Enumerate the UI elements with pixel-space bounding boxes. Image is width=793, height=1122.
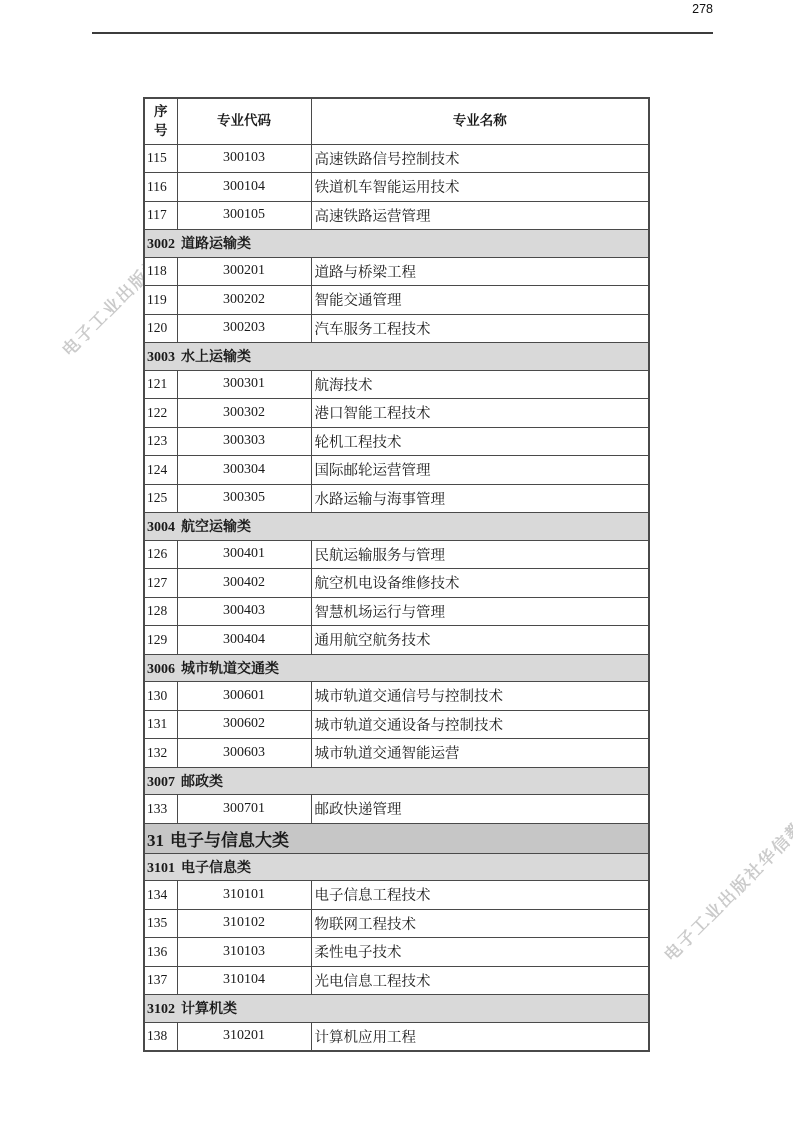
table-row: 135310102物联网工程技术 xyxy=(144,909,649,938)
table-row: 118300201道路与桥梁工程 xyxy=(144,257,649,286)
section-code: 3004 xyxy=(147,520,175,535)
name-cell: 轮机工程技术 xyxy=(311,427,649,456)
section-label: 航空运输类 xyxy=(181,520,251,535)
code-cell: 300203 xyxy=(177,314,311,343)
name-cell: 高速铁路运营管理 xyxy=(311,201,649,230)
name-cell: 光电信息工程技术 xyxy=(311,966,649,995)
code-cell: 300603 xyxy=(177,739,311,768)
section-row: 3002道路运输类 xyxy=(144,230,649,258)
section-label: 道路运输类 xyxy=(181,237,251,252)
majors-table: 序号 专业代码 专业名称 115300103高速铁路信号控制技术11630010… xyxy=(143,97,650,1052)
name-cell: 智慧机场运行与管理 xyxy=(311,597,649,626)
name-cell: 铁道机车智能运用技术 xyxy=(311,173,649,202)
header-rule xyxy=(92,32,713,34)
serial-cell: 119 xyxy=(144,286,177,315)
table-row: 138310201计算机应用工程 xyxy=(144,1022,649,1051)
name-cell: 水路运输与海事管理 xyxy=(311,484,649,513)
section-code: 31 xyxy=(147,831,164,850)
page-number: 278 xyxy=(692,2,713,16)
section-row: 3003水上运输类 xyxy=(144,343,649,371)
table-row: 117300105高速铁路运营管理 xyxy=(144,201,649,230)
name-cell: 城市轨道交通设备与控制技术 xyxy=(311,710,649,739)
code-cell: 300305 xyxy=(177,484,311,513)
serial-cell: 131 xyxy=(144,710,177,739)
table-row: 123300303轮机工程技术 xyxy=(144,427,649,456)
code-cell: 300403 xyxy=(177,597,311,626)
code-cell: 300105 xyxy=(177,201,311,230)
code-cell: 300304 xyxy=(177,456,311,485)
serial-cell: 135 xyxy=(144,909,177,938)
section-code: 3102 xyxy=(147,1002,175,1017)
table-row: 132300603城市轨道交通智能运营 xyxy=(144,739,649,768)
name-cell: 物联网工程技术 xyxy=(311,909,649,938)
name-cell: 航空机电设备维修技术 xyxy=(311,569,649,598)
code-cell: 300103 xyxy=(177,144,311,173)
code-cell: 300404 xyxy=(177,626,311,655)
major-section-row: 31电子与信息大类 xyxy=(144,823,649,853)
table-row: 136310103柔性电子技术 xyxy=(144,938,649,967)
name-cell: 邮政快递管理 xyxy=(311,795,649,824)
code-cell: 300303 xyxy=(177,427,311,456)
code-cell: 300302 xyxy=(177,399,311,428)
serial-cell: 123 xyxy=(144,427,177,456)
name-cell: 计算机应用工程 xyxy=(311,1022,649,1051)
table-row: 126300401民航运输服务与管理 xyxy=(144,540,649,569)
serial-cell: 133 xyxy=(144,795,177,824)
table-row: 116300104铁道机车智能运用技术 xyxy=(144,173,649,202)
serial-cell: 117 xyxy=(144,201,177,230)
code-cell: 310103 xyxy=(177,938,311,967)
serial-cell: 132 xyxy=(144,739,177,768)
table-row: 129300404通用航空航务技术 xyxy=(144,626,649,655)
name-cell: 港口智能工程技术 xyxy=(311,399,649,428)
section-row: 3006城市轨道交通类 xyxy=(144,654,649,682)
code-cell: 310201 xyxy=(177,1022,311,1051)
table-row: 133300701邮政快递管理 xyxy=(144,795,649,824)
serial-cell: 127 xyxy=(144,569,177,598)
serial-cell: 136 xyxy=(144,938,177,967)
section-code: 3006 xyxy=(147,662,175,677)
table-row: 130300601城市轨道交通信号与控制技术 xyxy=(144,682,649,711)
section-cell: 3002道路运输类 xyxy=(144,230,649,258)
section-row: 3101电子信息类 xyxy=(144,853,649,881)
section-label: 邮政类 xyxy=(181,775,223,790)
name-cell: 道路与桥梁工程 xyxy=(311,257,649,286)
code-cell: 310104 xyxy=(177,966,311,995)
serial-cell: 134 xyxy=(144,881,177,910)
section-label: 电子与信息大类 xyxy=(170,831,289,850)
table-row: 119300202智能交通管理 xyxy=(144,286,649,315)
serial-cell: 118 xyxy=(144,257,177,286)
name-cell: 民航运输服务与管理 xyxy=(311,540,649,569)
serial-cell: 116 xyxy=(144,173,177,202)
section-row: 3004航空运输类 xyxy=(144,513,649,541)
section-label: 水上运输类 xyxy=(181,350,251,365)
serial-cell: 122 xyxy=(144,399,177,428)
table-header-row: 序号 专业代码 专业名称 xyxy=(144,98,649,144)
table-row: 137310104光电信息工程技术 xyxy=(144,966,649,995)
section-cell: 3003水上运输类 xyxy=(144,343,649,371)
name-cell: 电子信息工程技术 xyxy=(311,881,649,910)
serial-cell: 120 xyxy=(144,314,177,343)
serial-cell: 124 xyxy=(144,456,177,485)
code-cell: 300402 xyxy=(177,569,311,598)
section-code: 3101 xyxy=(147,861,175,876)
code-cell: 300701 xyxy=(177,795,311,824)
serial-cell: 130 xyxy=(144,682,177,711)
code-cell: 300202 xyxy=(177,286,311,315)
section-label: 计算机类 xyxy=(181,1002,237,1017)
column-header-serial: 序号 xyxy=(144,98,177,144)
serial-cell: 138 xyxy=(144,1022,177,1051)
code-cell: 300301 xyxy=(177,370,311,399)
name-cell: 航海技术 xyxy=(311,370,649,399)
table-row: 122300302港口智能工程技术 xyxy=(144,399,649,428)
serial-cell: 129 xyxy=(144,626,177,655)
serial-cell: 126 xyxy=(144,540,177,569)
name-cell: 汽车服务工程技术 xyxy=(311,314,649,343)
code-cell: 310101 xyxy=(177,881,311,910)
serial-cell: 128 xyxy=(144,597,177,626)
section-code: 3007 xyxy=(147,775,175,790)
serial-cell: 121 xyxy=(144,370,177,399)
table-row: 128300403智慧机场运行与管理 xyxy=(144,597,649,626)
serial-cell: 137 xyxy=(144,966,177,995)
section-row: 3102计算机类 xyxy=(144,995,649,1023)
code-cell: 310102 xyxy=(177,909,311,938)
table-row: 121300301航海技术 xyxy=(144,370,649,399)
column-header-code: 专业代码 xyxy=(177,98,311,144)
name-cell: 通用航空航务技术 xyxy=(311,626,649,655)
code-cell: 300602 xyxy=(177,710,311,739)
section-cell: 31电子与信息大类 xyxy=(144,823,649,853)
section-cell: 3102计算机类 xyxy=(144,995,649,1023)
table-row: 127300402航空机电设备维修技术 xyxy=(144,569,649,598)
name-cell: 智能交通管理 xyxy=(311,286,649,315)
section-cell: 3004航空运输类 xyxy=(144,513,649,541)
table-row: 115300103高速铁路信号控制技术 xyxy=(144,144,649,173)
serial-cell: 125 xyxy=(144,484,177,513)
code-cell: 300201 xyxy=(177,257,311,286)
serial-cell: 115 xyxy=(144,144,177,173)
document-page: { "page": { "number": "278" }, "watermar… xyxy=(0,0,793,1122)
section-code: 3003 xyxy=(147,350,175,365)
section-label: 城市轨道交通类 xyxy=(181,662,279,677)
name-cell: 城市轨道交通信号与控制技术 xyxy=(311,682,649,711)
watermark-right: 电子工业出版社华信教育研究所 xyxy=(657,760,793,966)
section-cell: 3007邮政类 xyxy=(144,767,649,795)
name-cell: 高速铁路信号控制技术 xyxy=(311,144,649,173)
section-cell: 3006城市轨道交通类 xyxy=(144,654,649,682)
table-row: 125300305水路运输与海事管理 xyxy=(144,484,649,513)
table-row: 131300602城市轨道交通设备与控制技术 xyxy=(144,710,649,739)
table-row: 124300304国际邮轮运营管理 xyxy=(144,456,649,485)
name-cell: 国际邮轮运营管理 xyxy=(311,456,649,485)
code-cell: 300401 xyxy=(177,540,311,569)
section-cell: 3101电子信息类 xyxy=(144,853,649,881)
code-cell: 300104 xyxy=(177,173,311,202)
section-row: 3007邮政类 xyxy=(144,767,649,795)
table-row: 120300203汽车服务工程技术 xyxy=(144,314,649,343)
code-cell: 300601 xyxy=(177,682,311,711)
name-cell: 柔性电子技术 xyxy=(311,938,649,967)
section-code: 3002 xyxy=(147,237,175,252)
column-header-name: 专业名称 xyxy=(311,98,649,144)
name-cell: 城市轨道交通智能运营 xyxy=(311,739,649,768)
table-body: 115300103高速铁路信号控制技术116300104铁道机车智能运用技术11… xyxy=(144,144,649,1051)
section-label: 电子信息类 xyxy=(181,861,251,876)
table-row: 134310101电子信息工程技术 xyxy=(144,881,649,910)
